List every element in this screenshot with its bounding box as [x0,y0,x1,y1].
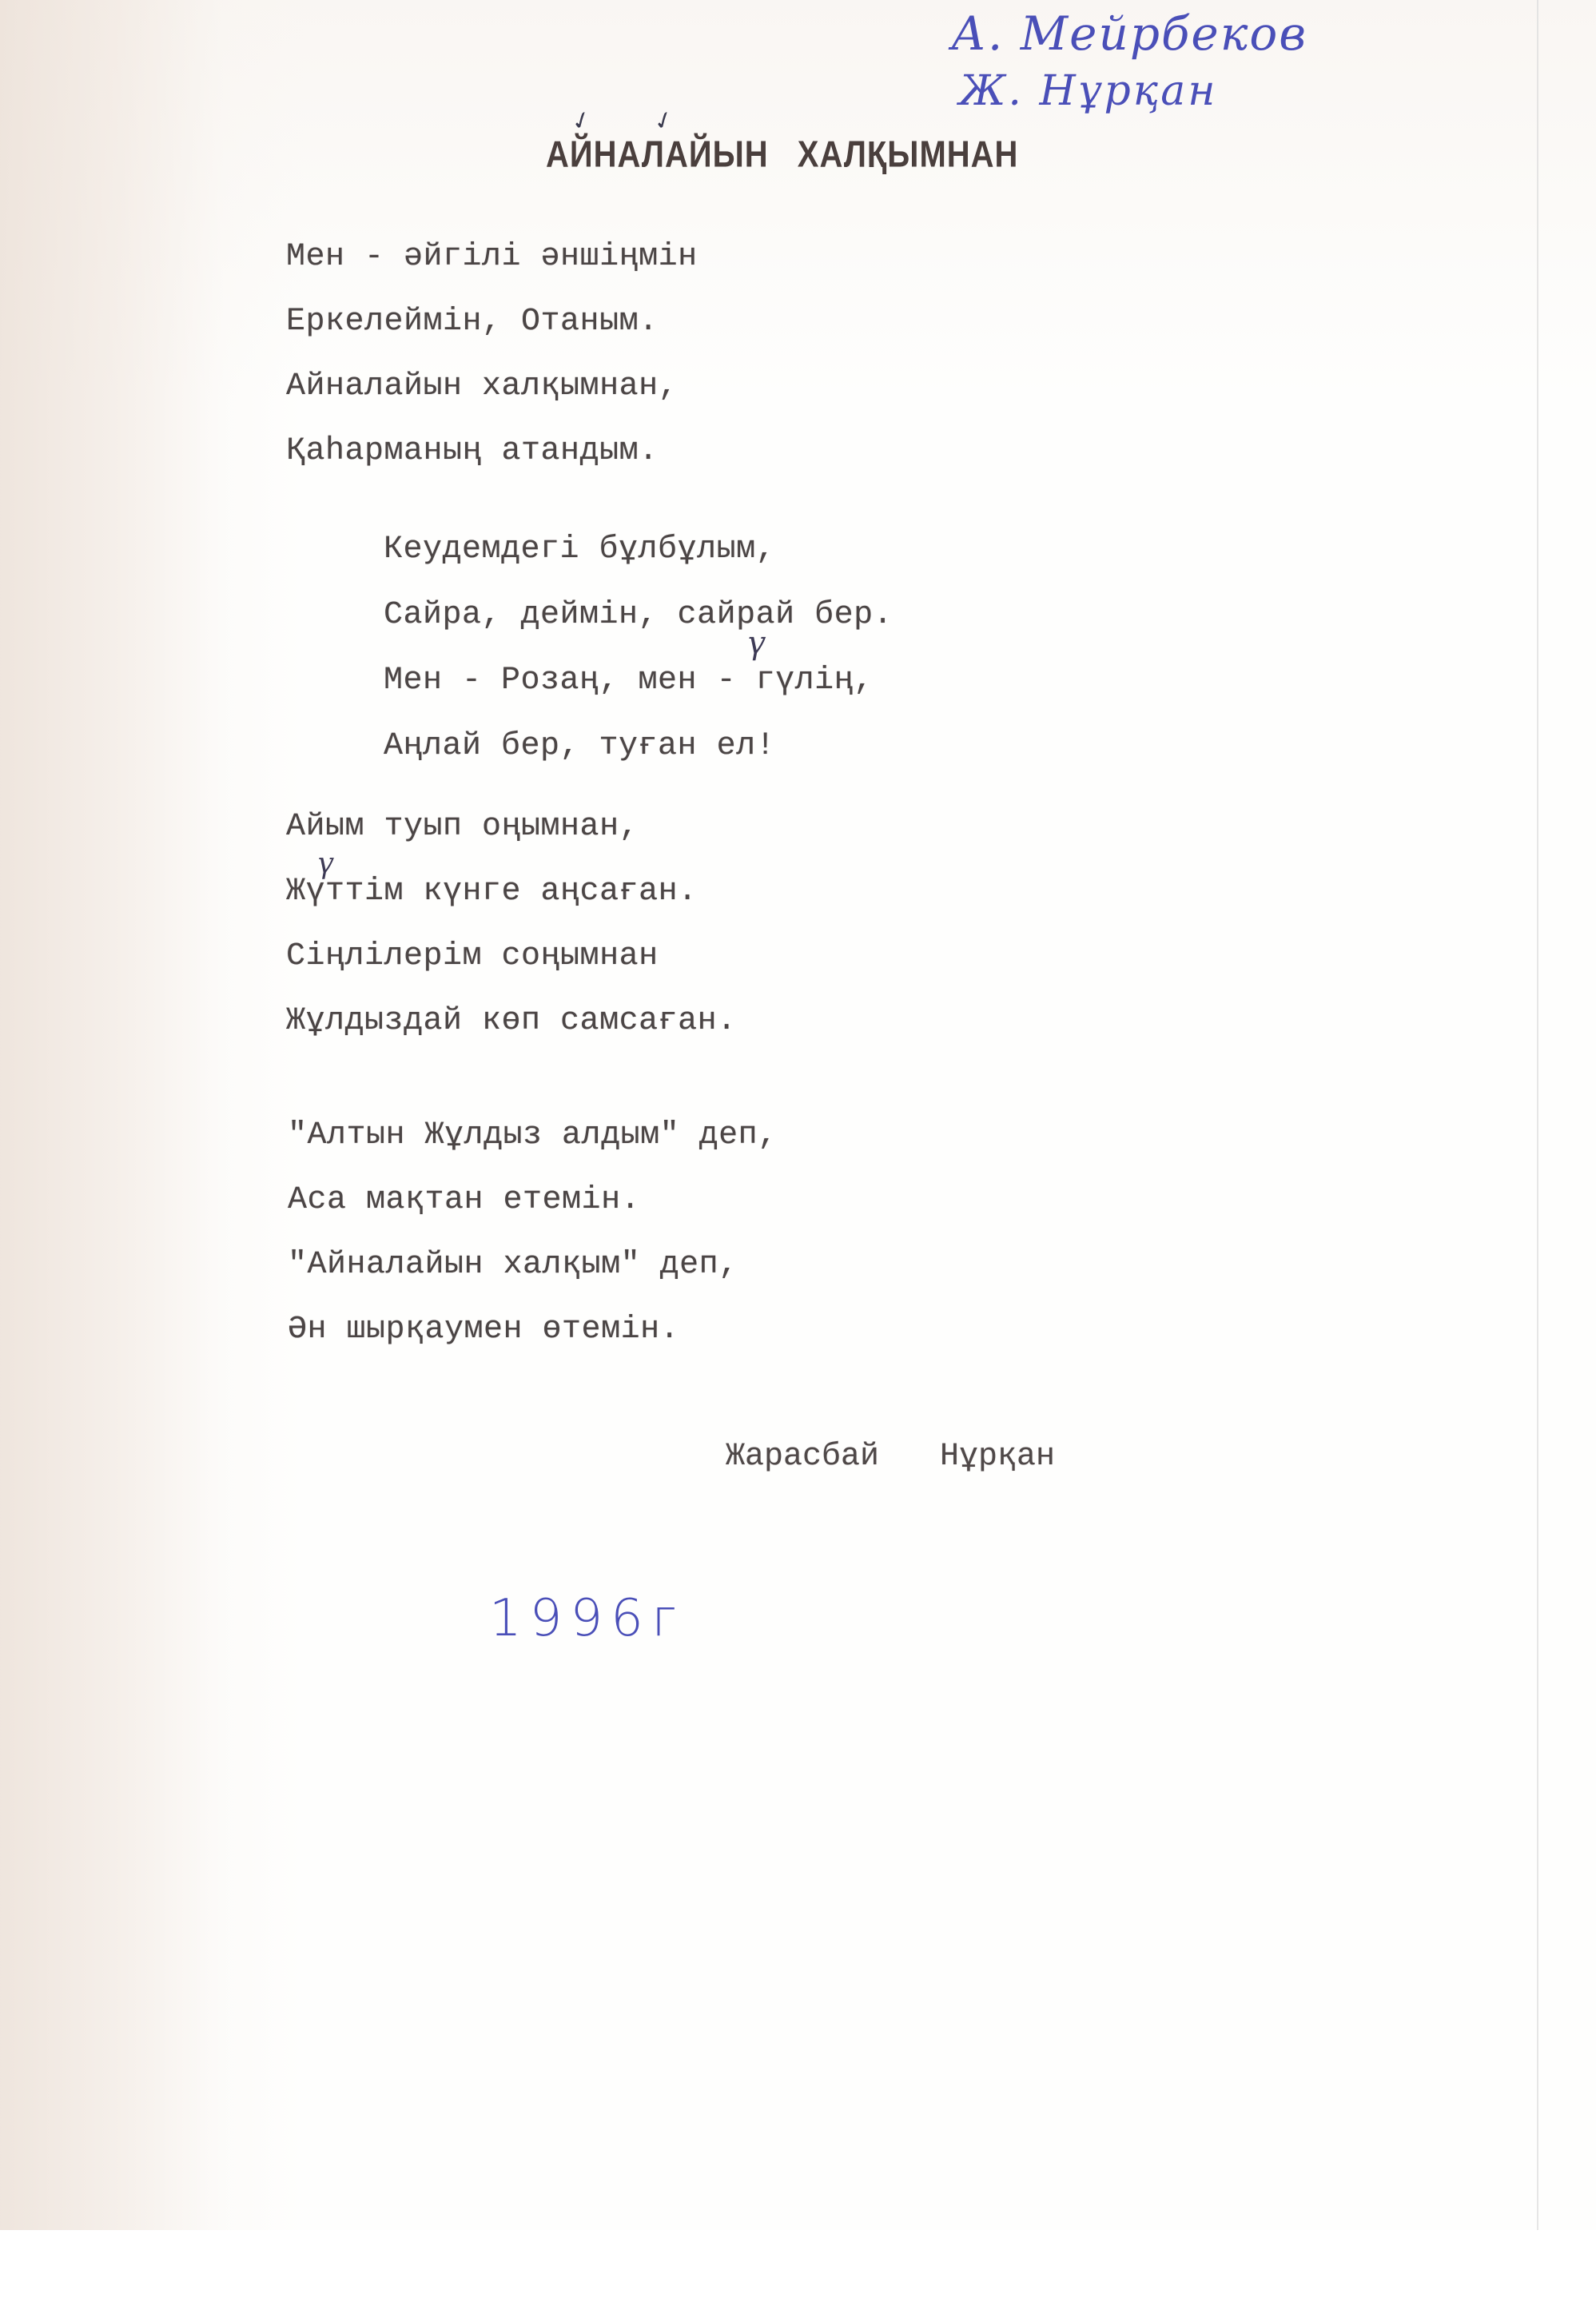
poem-title: АЙНАЛАЙЫН ХАЛҚЫМНАН [546,134,1018,176]
poem-line: Кеудемдегі бұлбұлым, [384,517,893,583]
stanza-4: "Алтын Жұлдыз алдым" деп, Аса мақтан ете… [288,1103,778,1362]
poem-line: Еркелеймін, Отаным. [286,289,698,354]
handwritten-correction-mark: ү [317,847,334,880]
poem-line: Айналайын халқымнан, [286,354,698,419]
stanza-3: Айым туып оңымнан, Жүттім күнге аңсаған.… [286,795,737,1053]
poem-line: Ән шырқаумен өтемін. [288,1297,778,1362]
poem-line: Айым туып оңымнан, [286,795,737,859]
poem-line: Сіңлілерім соңымнан [286,924,737,989]
paper-background [0,0,1596,2318]
poem-line: Мен - әйгілі әншіңмін [286,225,698,289]
poem-line: "Алтын Жұлдыз алдым" деп, [288,1103,778,1168]
handwritten-correction-mark: ү [747,625,766,662]
stanza-2: Кеудемдегі бұлбұлым, Сайра, деймін, сайр… [384,517,893,779]
handwritten-author-name: А. Мейрбеков [951,8,1307,59]
poem-line: Жұлдыздай көп самсаған. [286,989,737,1053]
author-signature: Жарасбай Нұрқан [726,1439,1055,1475]
handwritten-poet-name: Ж. Нұрқан [959,67,1218,115]
page-fold-line [1537,0,1538,2230]
poem-line: "Айналайын халқым" деп, [288,1233,778,1297]
stanza-1: Мен - әйгілі әншіңмін Еркелеймін, Отаным… [286,225,698,484]
poem-line: Сайра, деймін, сайрай бер. [384,583,893,648]
poem-line: Мен - Розаң, мен - гүлің, [384,648,893,714]
poem-line: Аса мақтан етемін. [288,1168,778,1233]
page-bottom-margin [0,2230,1596,2318]
poem-line: Аңлай бер, туған ел! [384,714,893,779]
poem-line: Қаһарманың атандым. [286,419,698,484]
handwritten-year: 1996г [489,1591,684,1647]
poem-line: Жүттім күнге аңсаған. [286,859,737,924]
